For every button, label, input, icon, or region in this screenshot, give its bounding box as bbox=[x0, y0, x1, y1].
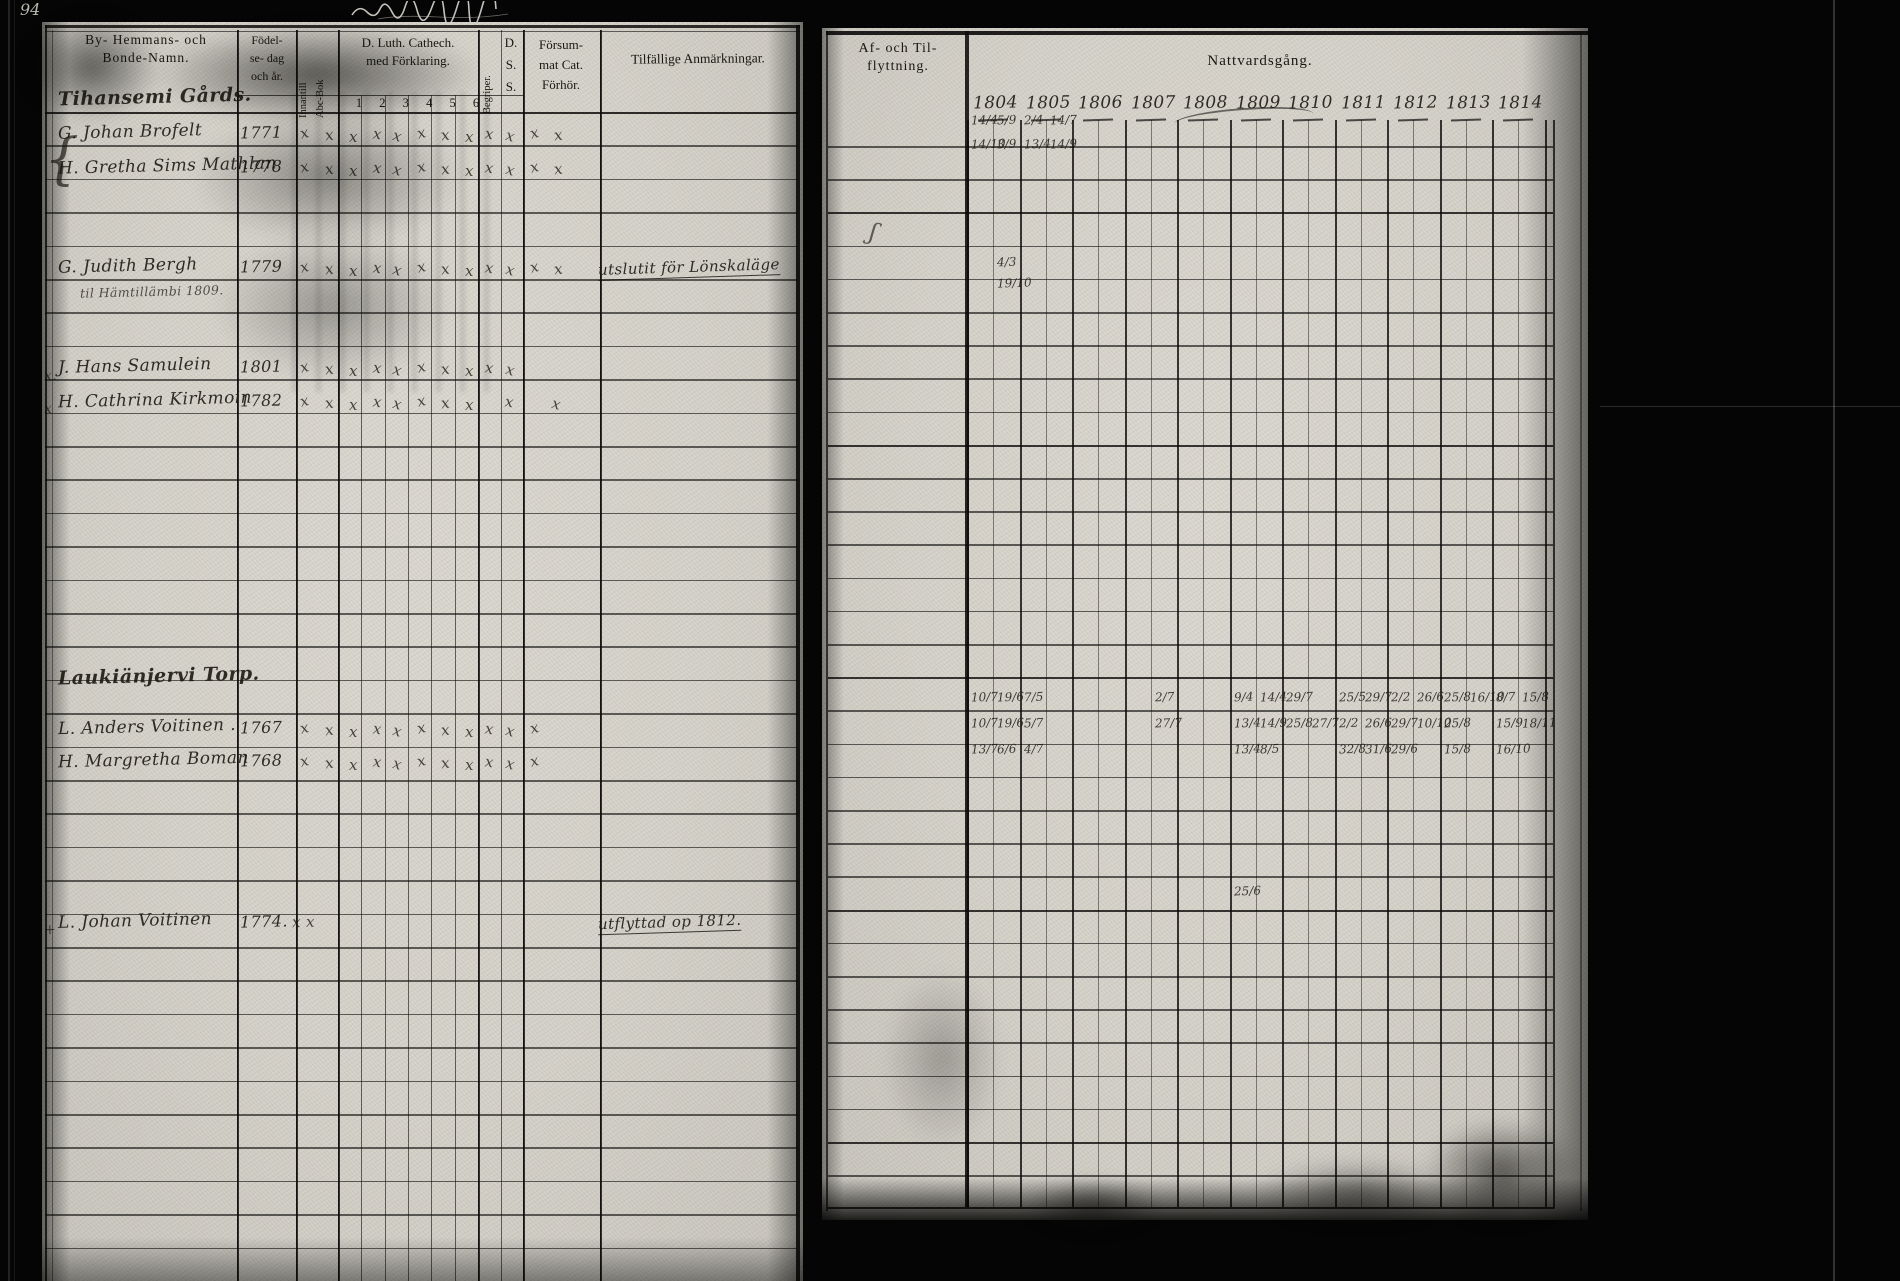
communion-mark: 25∕8 bbox=[1286, 716, 1313, 731]
catechism-mark: x bbox=[440, 754, 451, 773]
catechism-mark: x bbox=[465, 162, 474, 180]
catechism-mark: x bbox=[465, 262, 474, 280]
catechism-mark: x bbox=[528, 157, 541, 177]
ruled-line bbox=[828, 445, 1553, 447]
communion-mark: 26∕6 bbox=[1365, 716, 1392, 731]
ruled-line bbox=[828, 478, 1553, 480]
communion-mark: 29∕7 bbox=[1365, 690, 1392, 705]
communion-mark: 8∕7 bbox=[1496, 690, 1516, 705]
ruled-line bbox=[828, 146, 1553, 148]
catechism-mark: x bbox=[528, 124, 541, 144]
page-border-left bbox=[45, 25, 47, 1281]
year-mid-line bbox=[1098, 120, 1099, 1207]
communion-mark: 2∕2 bbox=[1391, 690, 1411, 705]
year-column-line bbox=[1440, 120, 1442, 1207]
catechism-mark: x bbox=[504, 260, 517, 280]
ruled-line bbox=[45, 713, 798, 715]
year-mid-line bbox=[1256, 120, 1257, 1207]
catechism-mark: x bbox=[484, 158, 495, 177]
communion-mark: 13∕4 bbox=[1233, 716, 1260, 731]
ruled-line bbox=[45, 580, 798, 582]
year-mid-line bbox=[1203, 120, 1204, 1207]
year-column-line bbox=[1387, 120, 1389, 1207]
communion-mark: 29∕7 bbox=[1391, 716, 1418, 731]
catechism-mark: x bbox=[298, 752, 311, 772]
column-header-dss-1: D. bbox=[500, 36, 522, 50]
communion-mark: 14∕7 bbox=[1050, 113, 1077, 128]
year-label: 1811 bbox=[1341, 92, 1386, 113]
marginalia-scribble bbox=[348, 1, 518, 23]
year-mid-line bbox=[1308, 120, 1309, 1207]
right-ledger-page: Af- och Til- flyttning. Nattvardsgång. 1… bbox=[822, 28, 1588, 1220]
communion-mark: 13∕4 bbox=[1233, 742, 1260, 757]
column-header-nattvardsgang: Nattvardsgång. bbox=[1180, 54, 1340, 70]
communion-mark: 19∕6 bbox=[997, 716, 1024, 731]
communion-mark: 2∕4 bbox=[1023, 113, 1043, 128]
catechism-mark: x bbox=[484, 359, 495, 378]
birth-year: 1768 bbox=[240, 751, 283, 771]
column-header-forhor-3: Förhör. bbox=[524, 78, 598, 92]
communion-mark: 14∕9 bbox=[1260, 716, 1287, 731]
ruled-line bbox=[45, 513, 798, 515]
ruled-line bbox=[45, 880, 798, 882]
year-column-line bbox=[1492, 120, 1494, 1207]
catechism-mark: x bbox=[298, 718, 311, 738]
year-label: 1807 bbox=[1131, 92, 1176, 113]
communion-mark: 4∕3 bbox=[997, 255, 1017, 270]
page-border-top2 bbox=[45, 31, 800, 32]
ruled-line bbox=[828, 843, 1553, 845]
ruled-line bbox=[45, 1214, 798, 1216]
catechism-mark: x bbox=[528, 718, 541, 738]
communion-mark: 2∕2 bbox=[1338, 716, 1358, 731]
ruled-line bbox=[828, 777, 1553, 779]
communion-mark: 14∕4 bbox=[971, 113, 998, 128]
birth-year: 1774. bbox=[240, 911, 288, 931]
annotation: utflyttad op 1812. bbox=[598, 910, 742, 934]
year-mid-line bbox=[1361, 120, 1362, 1207]
communion-mark: 6∕6 bbox=[997, 742, 1017, 757]
ruled-line bbox=[828, 578, 1553, 580]
communion-mark: 14∕9 bbox=[1050, 137, 1077, 152]
page-edge-line bbox=[1580, 31, 1582, 1211]
catechism-mark: x bbox=[391, 394, 404, 414]
year-column-line bbox=[1282, 120, 1284, 1207]
ruled-line bbox=[828, 677, 1553, 679]
annotation: utslutit för Lönskaläge bbox=[598, 255, 780, 281]
ruled-line bbox=[828, 212, 1553, 214]
year-mid-line bbox=[1046, 120, 1047, 1207]
ruled-line bbox=[45, 780, 798, 782]
year-label: 1804 bbox=[973, 92, 1018, 113]
communion-mark: 27∕7 bbox=[1312, 716, 1339, 731]
page-border-top bbox=[826, 31, 1588, 35]
communion-mark: 15∕9 bbox=[1496, 716, 1523, 731]
ruled-line bbox=[45, 847, 798, 849]
communion-mark: 27∕7 bbox=[1155, 716, 1182, 731]
scan-crease-horizontal bbox=[1600, 406, 1900, 407]
catechism-mark: x bbox=[324, 720, 335, 739]
catechism-mark: x bbox=[550, 394, 563, 414]
communion-mark: 25∕8 bbox=[1443, 690, 1470, 705]
ruled-line bbox=[45, 413, 798, 415]
page-border-right bbox=[796, 25, 800, 1281]
ruled-line bbox=[828, 312, 1553, 314]
column-header-begriper: Begriper. bbox=[482, 34, 493, 114]
catechism-mark: x bbox=[440, 720, 451, 739]
catechism-mark: x bbox=[465, 756, 474, 774]
catechism-mark: x bbox=[484, 259, 495, 278]
page-border-top bbox=[45, 25, 800, 28]
catechism-mark: x bbox=[372, 719, 383, 738]
margin-mark: + bbox=[44, 922, 57, 938]
ruled-line bbox=[45, 947, 798, 949]
margin-mark: x. bbox=[44, 368, 58, 384]
communion-mark: 13∕4 bbox=[1023, 137, 1050, 152]
communion-mark: 10∕7 bbox=[971, 716, 998, 731]
ruled-line bbox=[45, 479, 798, 481]
communion-mark: 5∕7 bbox=[1023, 716, 1043, 731]
page-border-right bbox=[1553, 120, 1555, 1209]
catechism-mark: x bbox=[415, 718, 428, 738]
column-header-flyttning-2: flyttning. bbox=[830, 60, 966, 75]
catechism-mark: x bbox=[504, 360, 517, 380]
catechism-mark: x bbox=[504, 755, 517, 775]
catechism-mark: x bbox=[324, 754, 335, 773]
communion-mark: 29∕6 bbox=[1391, 742, 1418, 757]
catechism-mark: x bbox=[349, 723, 358, 741]
communion-mark: 2∕7 bbox=[1155, 690, 1175, 705]
catechism-mark: x bbox=[504, 127, 517, 147]
communion-mark: 16∕10 bbox=[1496, 741, 1531, 756]
column-header-dss-3: S. bbox=[500, 80, 522, 94]
catechism-mark: x bbox=[372, 753, 383, 772]
catechism-mark: x bbox=[528, 257, 541, 277]
year-column-line bbox=[1335, 120, 1337, 1207]
ruled-line bbox=[828, 644, 1553, 646]
communion-mark: 19∕6 bbox=[997, 690, 1024, 705]
margin-mark: x bbox=[44, 401, 53, 417]
column-header-forhor-1: Försum- bbox=[524, 38, 598, 52]
birth-year: 1767 bbox=[240, 717, 283, 737]
catechism-mark: x bbox=[465, 396, 474, 414]
margin-mark: { bbox=[43, 127, 81, 193]
ruled-line bbox=[828, 544, 1553, 546]
catechism-mark: x bbox=[528, 752, 541, 772]
page-border-left bbox=[826, 31, 828, 1211]
catechism-mark: x bbox=[372, 392, 383, 411]
communion-mark: 32∕8 bbox=[1338, 742, 1365, 757]
ruled-line bbox=[45, 1248, 798, 1250]
year-column-line bbox=[1545, 120, 1547, 1207]
column-line-bold bbox=[523, 30, 525, 1281]
catechism-mark: x bbox=[553, 126, 564, 145]
column-line bbox=[455, 95, 456, 1281]
ruled-line bbox=[45, 379, 798, 381]
year-label: 1814 bbox=[1498, 92, 1543, 113]
ruled-line bbox=[45, 1181, 798, 1183]
ruled-line bbox=[828, 511, 1553, 513]
ruled-line bbox=[828, 345, 1553, 347]
year-mid-line bbox=[1518, 120, 1519, 1207]
communion-mark: 19∕10 bbox=[997, 275, 1032, 290]
entry-subnote: til Hämtillämbi 1809. bbox=[80, 282, 224, 301]
catechism-mark: x bbox=[391, 755, 404, 775]
ruled-line bbox=[45, 613, 798, 615]
year-mid-line bbox=[1413, 120, 1414, 1207]
ruled-line bbox=[45, 980, 798, 982]
year-column-line bbox=[1072, 120, 1074, 1207]
catechism-mark: x bbox=[415, 357, 428, 377]
communion-mark: 7∕5 bbox=[1023, 690, 1043, 705]
catechism-mark: x bbox=[553, 260, 564, 279]
catechism-mark: x bbox=[465, 723, 474, 741]
communion-mark: 15∕8 bbox=[1443, 742, 1470, 757]
ruled-line bbox=[45, 1147, 798, 1149]
communion-mark: 10∕7 bbox=[971, 690, 998, 705]
ruled-line bbox=[45, 747, 798, 749]
column-header-forhor-2: mat Cat. bbox=[524, 58, 598, 72]
year-column-line bbox=[1125, 120, 1127, 1207]
communion-mark: 25∕5 bbox=[1338, 690, 1365, 705]
ruled-line bbox=[828, 412, 1553, 414]
catechism-mark: x bbox=[465, 128, 474, 146]
communion-mark: 8∕5 bbox=[1260, 742, 1280, 757]
ruled-line bbox=[45, 546, 798, 548]
left-ledger-page: By- Hemmans- och Bonde-Namn. Födel- se- … bbox=[42, 22, 803, 1281]
ruled-line bbox=[45, 1047, 798, 1049]
year-label: 1813 bbox=[1446, 92, 1491, 113]
catechism-mark: x bbox=[484, 719, 495, 738]
catechism-mark: x bbox=[440, 360, 451, 379]
column-line-bold bbox=[600, 30, 602, 1281]
ruled-line bbox=[828, 279, 1553, 281]
year-label: 1812 bbox=[1393, 92, 1438, 113]
communion-mark: 14∕4 bbox=[1260, 690, 1287, 705]
catechism-mark: x bbox=[349, 756, 358, 774]
ruled-line bbox=[45, 246, 798, 248]
ruled-line bbox=[828, 378, 1553, 380]
communion-mark: 18∕11 bbox=[1522, 715, 1557, 730]
catechism-mark: x bbox=[415, 752, 428, 772]
section-header: Laukiänjervi Torp. bbox=[58, 663, 260, 690]
year-column-line bbox=[1177, 120, 1179, 1207]
catechism-mark: x bbox=[391, 721, 404, 741]
ruled-line bbox=[45, 1114, 798, 1116]
communion-mark: 9∕4 bbox=[1233, 690, 1253, 705]
communion-mark: 5∕9 bbox=[997, 113, 1017, 128]
communion-mark: 29∕7 bbox=[1286, 690, 1313, 705]
post-year-marks: x x bbox=[292, 912, 315, 931]
year-label: 1805 bbox=[1026, 92, 1071, 113]
column-header-anmarkningar: Tilfällige Anmärkningar. bbox=[600, 51, 796, 67]
person-name: G. Judith Bergh bbox=[58, 254, 198, 277]
ruled-line bbox=[828, 943, 1553, 945]
catechism-mark: x bbox=[324, 393, 335, 412]
catechism-mark: x bbox=[504, 392, 515, 411]
column-line-bold bbox=[478, 30, 480, 1281]
year-mid-line bbox=[1466, 120, 1467, 1207]
communion-mark: 4∕7 bbox=[1023, 742, 1043, 757]
ruled-line bbox=[828, 910, 1553, 912]
ruled-line bbox=[828, 179, 1553, 181]
catechism-mark: x bbox=[415, 391, 428, 411]
communion-mark: 31∕6 bbox=[1365, 742, 1392, 757]
column-line bbox=[501, 30, 502, 1281]
ruled-line bbox=[828, 246, 1553, 248]
catechism-mark: x bbox=[553, 159, 564, 178]
communion-mark: 25∕6 bbox=[1233, 884, 1260, 899]
ruled-line bbox=[828, 611, 1553, 613]
ruled-line bbox=[828, 810, 1553, 812]
ruled-line bbox=[45, 446, 798, 448]
communion-mark: 26∕6 bbox=[1417, 690, 1444, 705]
year-label: 1806 bbox=[1078, 92, 1123, 113]
communion-mark: 3∕9 bbox=[997, 137, 1017, 152]
communion-mark: 25∕8 bbox=[1443, 716, 1470, 731]
ruled-line bbox=[828, 876, 1553, 878]
scan-crease-vertical bbox=[1833, 0, 1835, 1281]
year-mid-line bbox=[1151, 120, 1152, 1207]
person-name: L. Anders Voitinen . bbox=[58, 715, 236, 739]
ruled-line bbox=[45, 646, 798, 648]
year-column-line bbox=[1230, 120, 1232, 1207]
birth-year: 1782 bbox=[240, 390, 283, 410]
person-name: J. Hans Samulein bbox=[58, 354, 212, 378]
catechism-mark: x bbox=[349, 396, 358, 414]
communion-mark: 13∕7 bbox=[971, 742, 998, 757]
ruled-line bbox=[45, 1014, 798, 1016]
corner-label: 94 bbox=[20, 0, 40, 19]
person-name: L. Johan Voitinen bbox=[58, 909, 212, 933]
ruled-line bbox=[45, 1081, 798, 1083]
column-line bbox=[52, 30, 53, 1281]
column-header-dss-2: S. bbox=[500, 58, 522, 72]
ruled-line bbox=[828, 710, 1553, 712]
catechism-mark: x bbox=[504, 721, 517, 741]
catechism-mark: x bbox=[440, 393, 451, 412]
catechism-mark: x bbox=[504, 160, 517, 180]
scanned-ledger-page: 94 By- Hemmans- och Bonde-Namn. Födel- s… bbox=[0, 0, 1900, 1281]
catechism-mark: x bbox=[484, 753, 495, 772]
ruled-line bbox=[45, 813, 798, 815]
flyttning-scribble: ʃ bbox=[867, 218, 880, 247]
person-name: H. Margretha Boman bbox=[58, 748, 249, 773]
communion-mark: 15∕8 bbox=[1522, 690, 1549, 705]
catechism-mark: x bbox=[465, 362, 474, 380]
catechism-mark: x bbox=[484, 125, 495, 144]
column-header-flyttning-1: Af- och Til- bbox=[830, 42, 966, 57]
catechism-mark: x bbox=[298, 391, 311, 411]
person-name: H. Cathrina Kirkmoin bbox=[58, 387, 252, 412]
